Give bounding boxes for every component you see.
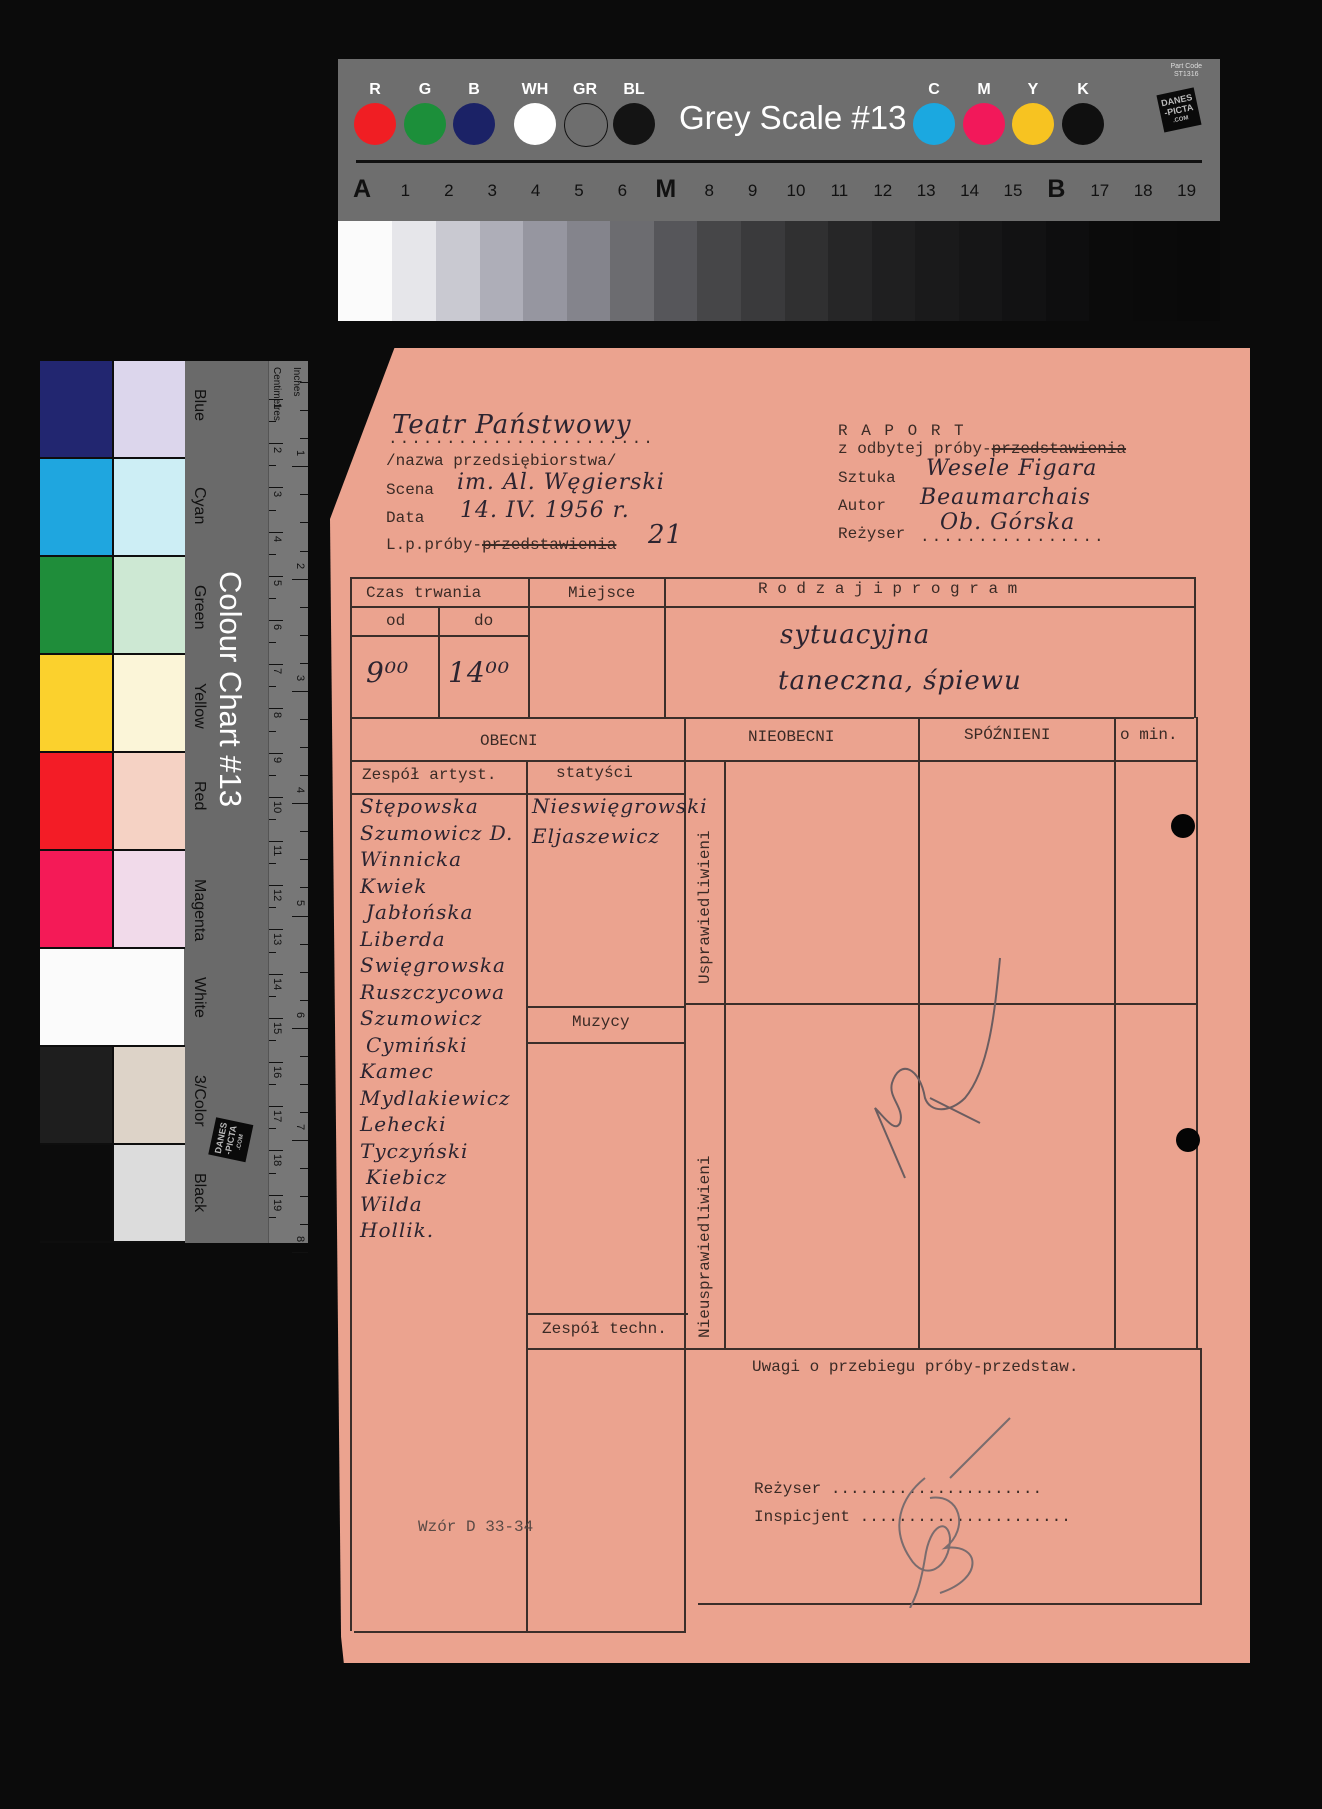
artist-name: Liberda (360, 927, 446, 951)
grey-patch (1089, 221, 1133, 321)
inch-tick-label: 1 (294, 450, 306, 456)
grey-patch (523, 221, 567, 321)
grey-scale-strip (338, 221, 1220, 321)
mm-tick (269, 598, 276, 599)
cm-tick-label: 15 (271, 1022, 283, 1034)
inch-tick-label: 6 (294, 1012, 306, 1018)
colour-row-white (40, 949, 185, 1047)
rodzaj-header: R o d z a j i p r o g r a m (758, 580, 1017, 598)
grey-patch (480, 221, 524, 321)
colour-name: Yellow (190, 683, 208, 729)
inch-tick-label: 5 (294, 900, 306, 906)
dark-patch (40, 1047, 112, 1143)
quarter-inch-tick (300, 551, 308, 552)
grey-patch (915, 221, 959, 321)
czas-trwania-header: Czas trwania (366, 584, 481, 602)
inch-tick-label: 3 (294, 675, 306, 681)
inch-tick (292, 1140, 308, 1141)
obecni-header: OBECNI (480, 732, 538, 750)
quarter-inch-tick (300, 382, 308, 383)
cm-tick (269, 399, 283, 400)
quarter-inch-tick (300, 1224, 308, 1225)
inch-tick (292, 1252, 308, 1253)
quarter-inch-tick (300, 1168, 308, 1169)
punch-hole (1176, 1128, 1200, 1152)
dotted-line: ....................... (388, 430, 655, 448)
grey-patch (610, 221, 654, 321)
grey-patch (1177, 221, 1221, 321)
grey-patch (392, 221, 436, 321)
cm-tick (269, 1195, 283, 1196)
data-label: Data (386, 509, 424, 527)
spoznieni-header: SPÓŹNIENI (964, 726, 1050, 744)
sztuka-label: Sztuka (838, 469, 896, 487)
scale-label: 13 (906, 181, 946, 201)
mm-tick (269, 775, 276, 776)
mm-tick (269, 907, 276, 908)
scena-value: im. Al. Węgierski (457, 470, 665, 495)
dot-label-r: R (353, 81, 397, 99)
artist-name: Ruszczycowa (360, 980, 505, 1004)
lp-value: 21 (648, 520, 683, 550)
mm-tick (269, 1084, 276, 1085)
grey-patch (828, 221, 872, 321)
ruler: Inches Centimetres 123456789101112131415… (268, 361, 308, 1243)
quarter-inch-tick (300, 859, 308, 860)
cm-tick (269, 1150, 283, 1151)
mm-tick (269, 819, 276, 820)
colour-row-magenta (40, 851, 185, 949)
artist-name: Kamec (360, 1059, 434, 1083)
artist-name: Kwiek (360, 874, 427, 898)
colour-name: Blue (190, 389, 208, 421)
scale-label: 5 (559, 181, 599, 201)
punch-hole (1171, 814, 1195, 838)
sztuka-value: Wesele Figara (926, 456, 1097, 481)
colour-row-black (40, 1145, 185, 1243)
grey-scale-title: Grey Scale #13 (679, 99, 906, 137)
o-min-header: o min. (1120, 726, 1178, 744)
cm-tick-label: 4 (271, 536, 283, 542)
cm-tick-label: 18 (271, 1154, 283, 1166)
rodzaj-value-line1: sytuacyjna (780, 620, 930, 650)
colour-name: Red (190, 781, 208, 810)
colour-row-cyan (40, 459, 185, 557)
cm-tick (269, 664, 283, 665)
mm-tick (269, 1217, 276, 1218)
quarter-inch-tick (300, 944, 308, 945)
light-patch (112, 949, 184, 1045)
colour-row-green (40, 557, 185, 655)
colour-name: Black (190, 1173, 208, 1212)
inch-tick-label: 2 (294, 563, 306, 569)
cm-tick (269, 708, 283, 709)
color-dot-c (913, 103, 955, 145)
cm-tick (269, 487, 283, 488)
mm-tick (269, 421, 276, 422)
cm-tick-label: 8 (271, 712, 283, 718)
cm-tick (269, 1062, 283, 1063)
mm-tick (269, 863, 276, 864)
color-dot-bl (613, 103, 655, 145)
inch-tick-label: 7 (294, 1124, 306, 1130)
cm-tick-label: 5 (271, 580, 283, 586)
colour-row-blue (40, 361, 185, 459)
lp-label: L.p.próby-przedstawienia (386, 536, 616, 554)
cm-tick (269, 885, 283, 886)
scale-label: M (646, 175, 686, 204)
zespol-artyst-header: Zespół artyst. (362, 766, 496, 784)
inch-tick (292, 916, 308, 917)
grey-patch (959, 221, 1003, 321)
artist-name: Stępowska (360, 794, 479, 818)
scale-label: A (342, 175, 382, 204)
quarter-inch-tick (300, 663, 308, 664)
scale-label: 1 (385, 181, 425, 201)
divider (356, 160, 1202, 163)
light-patch (112, 557, 186, 653)
light-patch (112, 1145, 186, 1241)
artist-name: Swięgrowska (360, 953, 506, 977)
cm-tick-label: 3 (271, 491, 283, 497)
dot-label-c: C (912, 81, 956, 99)
dark-patch (40, 851, 112, 947)
grey-patch (697, 221, 741, 321)
quarter-inch-tick (300, 1000, 308, 1001)
artist-name: Szumowicz D. (360, 821, 513, 845)
grey-patch (741, 221, 785, 321)
scale-label: 15 (993, 181, 1033, 201)
scale-label: 3 (472, 181, 512, 201)
cm-tick (269, 532, 283, 533)
artist-name: Tyczyński (360, 1139, 468, 1163)
cm-tick-label: 6 (271, 624, 283, 630)
quarter-inch-tick (300, 972, 308, 973)
scale-label: 2 (429, 181, 469, 201)
cm-tick (269, 1106, 283, 1107)
grey-patch (872, 221, 916, 321)
danes-picta-logo: DANES-PICTA.COM (1156, 88, 1201, 133)
scale-label: 17 (1080, 181, 1120, 201)
inch-tick-label: 8 (294, 1236, 306, 1242)
colour-name: Magenta (190, 879, 208, 941)
cm-tick (269, 841, 283, 842)
autor-value: Beaumarchais (920, 485, 1091, 510)
artist-name: Winnicka (360, 847, 462, 871)
cm-tick-label: 7 (271, 668, 283, 674)
quarter-inch-tick (300, 494, 308, 495)
cm-tick-label: 13 (271, 933, 283, 945)
artist-name: Kiebicz (366, 1165, 447, 1189)
dot-label-g: G (403, 81, 447, 99)
quarter-inch-tick (300, 775, 308, 776)
dot-label-y: Y (1011, 81, 1055, 99)
scale-label: 19 (1167, 181, 1207, 201)
form-code: Wzór D 33-34 (418, 1518, 533, 1536)
dark-patch (40, 1145, 112, 1241)
quarter-inch-tick (300, 1084, 308, 1085)
scale-label: 6 (602, 181, 642, 201)
cm-tick-label: 12 (271, 889, 283, 901)
color-dot-m (963, 103, 1005, 145)
dark-patch (40, 655, 112, 751)
quarter-inch-tick (300, 410, 308, 411)
cm-tick-label: 14 (271, 978, 283, 990)
dotted-line: ................ (920, 528, 1106, 546)
colour-row-yellow (40, 655, 185, 753)
scale-label: 18 (1123, 181, 1163, 201)
cm-tick (269, 929, 283, 930)
dot-label-m: M (962, 81, 1006, 99)
artist-name: Szumowicz (360, 1006, 482, 1030)
zespol-techn-header: Zespół techn. (542, 1320, 667, 1338)
nieobecni-header: NIEOBECNI (748, 728, 834, 746)
mm-tick (269, 510, 276, 511)
inch-tick (292, 579, 308, 580)
colour-name: 3/Color (190, 1075, 208, 1127)
cm-tick-label: 10 (271, 801, 283, 813)
artist-name: Hollik. (360, 1218, 434, 1242)
color-dot-y (1012, 103, 1054, 145)
cm-tick (269, 620, 283, 621)
colour-row-red (40, 753, 185, 851)
quarter-inch-tick (300, 831, 308, 832)
cm-tick-label: 17 (271, 1110, 283, 1122)
artist-name: Lehecki (360, 1112, 447, 1136)
dot-label-bl: BL (612, 81, 656, 99)
mm-tick (269, 686, 276, 687)
scale-label: 9 (733, 181, 773, 201)
od-value: 9⁰⁰ (366, 656, 409, 689)
dark-patch (40, 361, 112, 457)
artist-name: Mydlakiewicz (360, 1086, 511, 1110)
grey-patch (1002, 221, 1046, 321)
scale-label: 10 (776, 181, 816, 201)
cm-tick-label: 19 (271, 1199, 283, 1211)
cm-tick-label: 16 (271, 1066, 283, 1078)
scale-label: 14 (950, 181, 990, 201)
inch-tick (292, 691, 308, 692)
quarter-inch-tick (300, 719, 308, 720)
color-dot-r (354, 103, 396, 145)
grey-scale-card: Part Code ST1316 RGBWHGRBLCMYK Grey Scal… (338, 59, 1220, 321)
color-dot-k (1062, 103, 1104, 145)
colour-name: White (190, 977, 208, 1018)
dot-label-gr: GR (563, 81, 607, 99)
uwagi-label: Uwagi o przebiegu próby-przedstaw. (752, 1358, 1078, 1376)
mm-tick (269, 465, 276, 466)
nieusprawiedliwieni-label: Nieusprawiedliwieni (696, 1048, 714, 1338)
scale-label: 11 (819, 181, 859, 201)
colour-name: Cyan (190, 487, 208, 524)
color-dot-g (404, 103, 446, 145)
quarter-inch-tick (300, 635, 308, 636)
dark-patch (40, 949, 112, 1045)
cm-tick (269, 1018, 283, 1019)
mm-tick (269, 1173, 276, 1174)
pencil-signature-icon (870, 948, 1030, 1188)
dark-patch (40, 459, 112, 555)
color-dot-b (453, 103, 495, 145)
data-value: 14. IV. 1956 r. (460, 498, 630, 523)
color-dot-wh (514, 103, 556, 145)
grey-patch (567, 221, 611, 321)
extra-name: Nieswięgrowski (532, 794, 708, 818)
autor-label: Autor (838, 497, 886, 515)
grey-patch (436, 221, 480, 321)
cm-tick (269, 443, 283, 444)
quarter-inch-tick (300, 887, 308, 888)
inch-tick (292, 1028, 308, 1029)
artist-name: Jabłońska (366, 900, 473, 924)
rezyser-label: Reżyser (838, 525, 905, 543)
cm-tick-label: 1 (271, 403, 283, 409)
mm-tick (269, 996, 276, 997)
dot-label-wh: WH (513, 81, 557, 99)
artist-name: Cymiński (366, 1033, 468, 1057)
inch-tick (292, 803, 308, 804)
mm-tick (269, 554, 276, 555)
mm-tick (269, 1128, 276, 1129)
scena-label: Scena (386, 481, 434, 499)
inch-tick (292, 466, 308, 467)
cm-tick (269, 576, 283, 577)
rehearsal-report-form: Teatr Państwowy ....................... … (330, 348, 1250, 1663)
grey-patch (1046, 221, 1090, 321)
danes-picta-logo: DANES-PICTA.COM (208, 1118, 253, 1163)
colour-name: Green (190, 585, 208, 629)
quarter-inch-tick (300, 522, 308, 523)
quarter-inch-tick (300, 747, 308, 748)
colour-chart: Colour Chart #13 DANES-PICTA.COM Inches … (40, 361, 307, 1243)
quarter-inch-tick (300, 1112, 308, 1113)
light-patch (112, 851, 186, 947)
mm-tick (269, 731, 276, 732)
light-patch (112, 655, 186, 751)
color-dot-gr (564, 103, 608, 147)
rodzaj-value-line2: taneczna, śpiewu (778, 666, 1022, 696)
dot-label-k: K (1061, 81, 1105, 99)
cm-tick (269, 974, 283, 975)
grey-patch (338, 221, 392, 321)
scale-label: B (1036, 175, 1076, 204)
cm-tick-label: 11 (271, 845, 283, 856)
mm-tick (269, 952, 276, 953)
od-header: od (386, 612, 405, 630)
pencil-signature-icon (830, 1408, 1030, 1608)
cm-tick (269, 753, 283, 754)
light-patch (112, 753, 186, 849)
part-code: Part Code ST1316 (1170, 63, 1202, 79)
mm-tick (269, 642, 276, 643)
statysci-header: statyści (556, 764, 633, 782)
quarter-inch-tick (300, 607, 308, 608)
dot-label-b: B (452, 81, 496, 99)
scale-label: 12 (863, 181, 903, 201)
cm-tick-label: 9 (271, 757, 283, 763)
do-value: 14⁰⁰ (448, 656, 510, 689)
light-patch (112, 361, 186, 457)
report-title: R A P O R T (838, 422, 966, 440)
quarter-inch-tick (300, 1196, 308, 1197)
grey-patch (785, 221, 829, 321)
grey-patch (1133, 221, 1177, 321)
muzycy-header: Muzycy (572, 1013, 630, 1031)
cm-tick-label: 2 (271, 447, 283, 453)
light-patch (112, 1047, 186, 1143)
centimetres-label: Centimetres (271, 367, 282, 421)
miejsce-header: Miejsce (568, 584, 635, 602)
inch-tick-label: 4 (294, 787, 306, 793)
grey-patch (654, 221, 698, 321)
quarter-inch-tick (300, 1056, 308, 1057)
extra-name: Eljaszewicz (532, 824, 660, 848)
dark-patch (40, 557, 112, 653)
scale-label: 8 (689, 181, 729, 201)
mm-tick (269, 1040, 276, 1041)
light-patch (112, 459, 186, 555)
colour-chart-title: Colour Chart #13 (212, 571, 248, 807)
dark-patch (40, 753, 112, 849)
do-header: do (474, 612, 493, 630)
scale-label: 4 (516, 181, 556, 201)
artist-name: Wilda (360, 1192, 423, 1216)
cm-tick (269, 797, 283, 798)
colour-row-3-color (40, 1047, 185, 1145)
company-name-label: /nazwa przedsiębiorstwa/ (386, 452, 616, 470)
quarter-inch-tick (300, 438, 308, 439)
